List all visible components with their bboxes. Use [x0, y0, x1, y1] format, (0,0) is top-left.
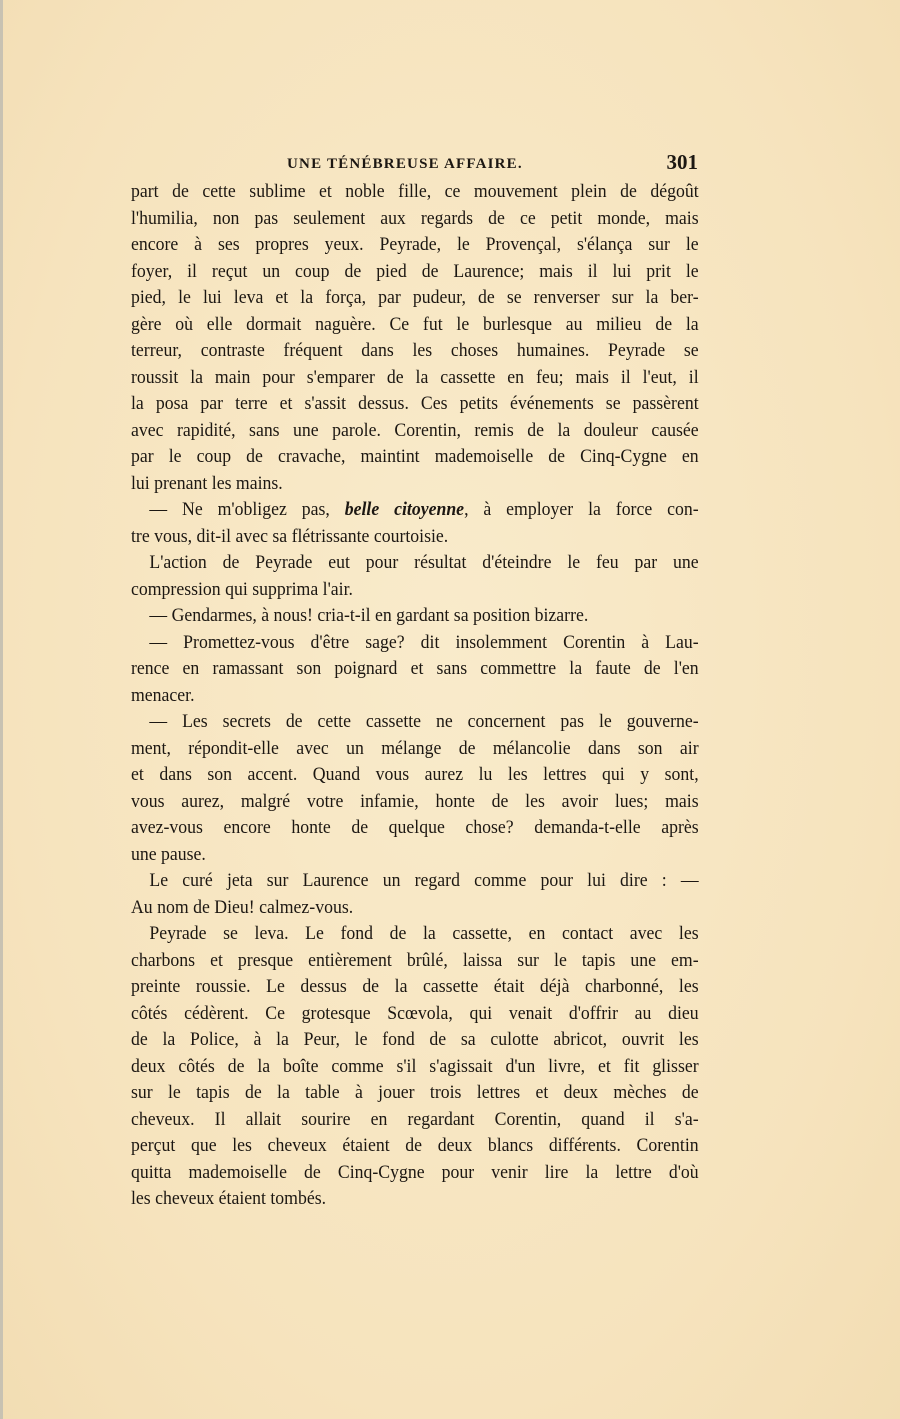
text-line: lui prenant les mains. [131, 471, 699, 498]
text-segment: — Ne m'obligez pas, [149, 499, 344, 520]
page-number: 301 [667, 150, 699, 175]
text-line: preinte roussie. Le dessus de la cassett… [131, 974, 699, 1001]
page-edge [0, 0, 3, 1419]
text-line: et dans son accent. Quand vous aurez lu … [131, 762, 699, 789]
text-line: Peyrade se leva. Le fond de la cassette,… [131, 921, 699, 948]
text-line: terreur, contraste fréquent dans les cho… [131, 338, 699, 365]
text-line: — Promettez-vous d'être sage? dit insole… [131, 630, 699, 657]
text-line: la posa par terre et s'assit dessus. Ces… [131, 391, 699, 418]
text-line: côtés cédèrent. Ce grotesque Scœvola, qu… [131, 1001, 699, 1028]
italic-phrase: belle citoyenne [345, 499, 464, 520]
text-line: les cheveux étaient tombés. [131, 1186, 699, 1213]
text-line: gère où elle dormait naguère. Ce fut le … [131, 312, 699, 339]
text-line: Au nom de Dieu! calmez-vous. [131, 895, 699, 922]
text-line: pied, le lui leva et la força, par pudeu… [131, 285, 699, 312]
text-line: avez-vous encore honte de quelque chose?… [131, 815, 699, 842]
book-page: UNE TÉNÉBREUSE AFFAIRE. 301 part de cett… [0, 0, 900, 1419]
text-line: Le curé jeta sur Laurence un regard comm… [131, 868, 699, 895]
text-line: — Gendarmes, à nous! cria-t-il en gardan… [131, 603, 699, 630]
text-line: avec rapidité, sans une parole. Corentin… [131, 418, 699, 445]
body-text: part de cette sublime et noble fille, ce… [131, 179, 699, 1213]
text-line: compression qui supprima l'air. [131, 577, 699, 604]
text-line: l'humilia, non pas seulement aux regards… [131, 206, 699, 233]
text-line: rence en ramassant son poignard et sans … [131, 656, 699, 683]
text-line: tre vous, dit-il avec sa flétrissante co… [131, 524, 699, 551]
text-line: L'action de Peyrade eut pour résultat d'… [131, 550, 699, 577]
text-line: une pause. [131, 842, 699, 869]
text-line: — Ne m'obligez pas, belle citoyenne, à e… [131, 497, 699, 524]
text-line: perçut que les cheveux étaient de deux b… [131, 1133, 699, 1160]
text-line: vous aurez, malgré votre infamie, honte … [131, 789, 699, 816]
page-header: UNE TÉNÉBREUSE AFFAIRE. 301 [130, 150, 698, 176]
text-line: — Les secrets de cette cassette ne conce… [131, 709, 699, 736]
text-line: charbons et presque entièrement brûlé, l… [131, 948, 699, 975]
text-line: de la Police, à la Peur, le fond de sa c… [131, 1027, 699, 1054]
text-segment: , à employer la force con- [464, 499, 699, 520]
text-line: cheveux. Il allait sourire en regardant … [131, 1107, 699, 1134]
text-line: quitta mademoiselle de Cinq-Cygne pour v… [131, 1160, 699, 1187]
text-line: deux côtés de la boîte comme s'il s'agis… [131, 1054, 699, 1081]
text-line: roussit la main pour s'emparer de la cas… [131, 365, 699, 392]
text-line: part de cette sublime et noble fille, ce… [131, 179, 699, 206]
text-line: menacer. [131, 683, 699, 710]
text-line: par le coup de cravache, maintint mademo… [131, 444, 699, 471]
text-line: encore à ses propres yeux. Peyrade, le P… [131, 232, 699, 259]
text-line: ment, répondit-elle avec un mélange de m… [131, 736, 699, 763]
text-line: foyer, il reçut un coup de pied de Laure… [131, 259, 699, 286]
running-title: UNE TÉNÉBREUSE AFFAIRE. [287, 156, 523, 173]
text-line: sur le tapis de la table à jouer trois l… [131, 1080, 699, 1107]
